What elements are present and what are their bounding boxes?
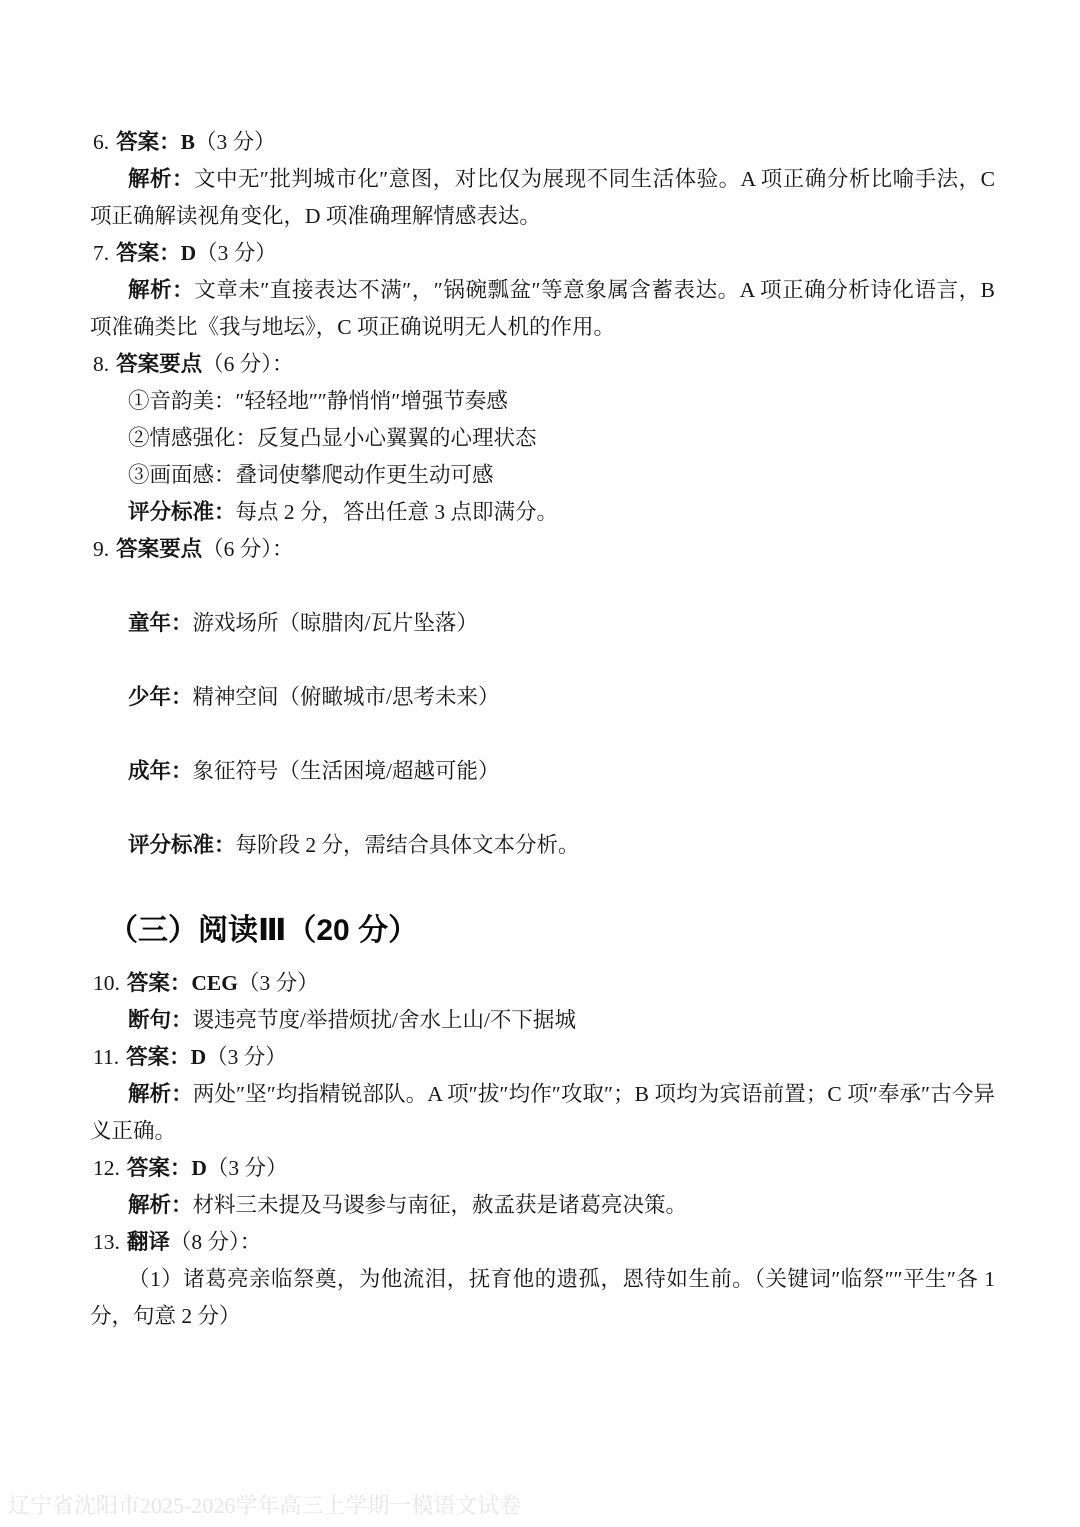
q10-duanju-text: 谡违亮节度/举措烦扰/舍水上山/不下据城 xyxy=(193,1008,576,1032)
q7-score: （3 分） xyxy=(196,241,277,265)
q7-analysis-paragraph: 解析：文章未″直接表达不满″，″锅碗瓢盆″等意象属含蓄表达。A 项正确分析诗化语… xyxy=(90,272,995,346)
q9-number: 9. xyxy=(93,537,109,561)
q9-criteria-text: 每阶段 2 分，需结合具体文本分析。 xyxy=(236,833,580,857)
q13-score: （8 分）： xyxy=(170,1230,261,1254)
q8-criteria-text: 每点 2 分，答出任意 3 点即满分。 xyxy=(236,500,559,524)
q8-criteria-line: 评分标准：每点 2 分，答出任意 3 点即满分。 xyxy=(90,494,995,531)
q9-stage-adulthood: 成年：象征符号（生活困境/超越可能） xyxy=(90,753,995,790)
q10-duanju-label: 断句： xyxy=(128,1008,193,1032)
q10-answer-value: CEG xyxy=(191,971,238,995)
q10-score: （3 分） xyxy=(238,971,319,995)
q8-answer-line: 8.答案要点（6 分）： xyxy=(90,346,995,383)
q6-answer-label: 答案： xyxy=(116,130,181,154)
q9-stage-childhood-label: 童年： xyxy=(128,611,193,635)
q12-analysis-text: 材料三未提及马谡参与南征，赦孟获是诸葛亮决策。 xyxy=(193,1193,688,1217)
q9-answer-label: 答案要点 xyxy=(116,537,202,561)
q12-score: （3 分） xyxy=(207,1156,288,1180)
q7-answer-label: 答案： xyxy=(116,241,181,265)
q10-number: 10. xyxy=(93,971,120,995)
q8-answer-label: 答案要点 xyxy=(116,352,202,376)
q12-analysis-paragraph: 解析：材料三未提及马谡参与南征，赦孟获是诸葛亮决策。 xyxy=(90,1187,995,1224)
q9-stage-youth-label: 少年： xyxy=(128,685,193,709)
q6-analysis-text: 文中无″批判城市化″意图，对比仅为展现不同生活体验。A 项正确分析比喻手法，C … xyxy=(90,167,995,228)
q6-answer-value: B xyxy=(181,130,195,154)
q12-answer-value: D xyxy=(191,1156,207,1180)
q11-analysis-text: 两处″坚″均指精锐部队。A 项″拔″均作″攻取″；B 项均为宾语前置；C 项″奉… xyxy=(90,1082,995,1143)
q10-answer-line: 10.答案：CEG（3 分） xyxy=(90,965,995,1002)
q12-answer-label: 答案： xyxy=(127,1156,192,1180)
q7-analysis-text: 文章未″直接表达不满″，″锅碗瓢盆″等意象属含蓄表达。A 项正确分析诗化语言，B… xyxy=(90,278,995,339)
q10-answer-label: 答案： xyxy=(127,971,192,995)
q11-analysis-paragraph: 解析：两处″坚″均指精锐部队。A 项″拔″均作″攻取″；B 项均为宾语前置；C … xyxy=(90,1076,995,1150)
q11-answer-line: 11.答案：D（3 分） xyxy=(90,1039,995,1076)
q12-analysis-label: 解析： xyxy=(128,1193,193,1217)
q6-answer-line: 6.答案：B（3 分） xyxy=(90,124,995,161)
q9-stage-adulthood-label: 成年： xyxy=(128,759,193,783)
q11-answer-label: 答案： xyxy=(126,1045,191,1069)
q9-score: （6 分）： xyxy=(202,537,293,561)
q13-translation-label: 翻译 xyxy=(127,1230,170,1254)
q9-stage-youth: 少年：精神空间（俯瞰城市/思考未来） xyxy=(90,679,995,716)
q9-stage-adulthood-text: 象征符号（生活困境/超越可能） xyxy=(193,759,500,783)
answers-content: 6.答案：B（3 分） 解析：文中无″批判城市化″意图，对比仅为展现不同生活体验… xyxy=(90,124,995,1335)
q9-criteria-line: 评分标准：每阶段 2 分，需结合具体文本分析。 xyxy=(90,827,995,864)
q7-number: 7. xyxy=(93,241,109,265)
q13-number: 13. xyxy=(93,1230,120,1254)
q9-criteria-label: 评分标准： xyxy=(128,833,236,857)
q7-analysis-label: 解析： xyxy=(128,278,194,302)
q12-answer-line: 12.答案：D（3 分） xyxy=(90,1150,995,1187)
q8-number: 8. xyxy=(93,352,109,376)
q7-answer-line: 7.答案：D（3 分） xyxy=(90,235,995,272)
q12-number: 12. xyxy=(93,1156,120,1180)
q8-score: （6 分）： xyxy=(202,352,293,376)
q6-analysis-label: 解析： xyxy=(128,167,194,191)
section-heading: （三）阅读Ⅲ（20 分） xyxy=(90,907,995,955)
q9-answer-line: 9.答案要点（6 分）： xyxy=(90,531,995,568)
q11-score: （3 分） xyxy=(206,1045,287,1069)
q8-point-2: ②情感强化：反复凸显小心翼翼的心理状态 xyxy=(90,420,995,457)
q6-number: 6. xyxy=(93,130,109,154)
q8-criteria-label: 评分标准： xyxy=(128,500,236,524)
q9-stage-childhood-text: 游戏场所（晾腊肉/瓦片坠落） xyxy=(193,611,478,635)
q11-answer-value: D xyxy=(191,1045,207,1069)
q10-duanju-line: 断句：谡违亮节度/举措烦扰/舍水上山/不下据城 xyxy=(90,1002,995,1039)
page-footer-watermark: 辽宁省沈阳市2025-2026学年高三上学期一模语文试卷 xyxy=(8,1492,521,1520)
q11-number: 11. xyxy=(93,1045,119,1069)
q6-score: （3 分） xyxy=(195,130,276,154)
q13-answer-line: 13.翻译（8 分）： xyxy=(90,1224,995,1261)
q9-stage-youth-text: 精神空间（俯瞰城市/思考未来） xyxy=(193,685,500,709)
answer-key-page: 6.答案：B（3 分） 解析：文中无″批判城市化″意图，对比仅为展现不同生活体验… xyxy=(0,0,1080,1527)
q7-answer-value: D xyxy=(181,241,197,265)
q6-analysis-paragraph: 解析：文中无″批判城市化″意图，对比仅为展现不同生活体验。A 项正确分析比喻手法… xyxy=(90,161,995,235)
q8-point-3: ③画面感：叠词使攀爬动作更生动可感 xyxy=(90,457,995,494)
q11-analysis-label: 解析： xyxy=(128,1082,193,1106)
q13-translation-item1: （1）诸葛亮亲临祭奠，为他流泪，抚育他的遗孤，恩待如生前。（关键词″临祭″″平生… xyxy=(90,1261,995,1335)
q8-point-1: ①音韵美：″轻轻地″″静悄悄″增强节奏感 xyxy=(90,383,995,420)
q9-stage-childhood: 童年：游戏场所（晾腊肉/瓦片坠落） xyxy=(90,605,995,642)
